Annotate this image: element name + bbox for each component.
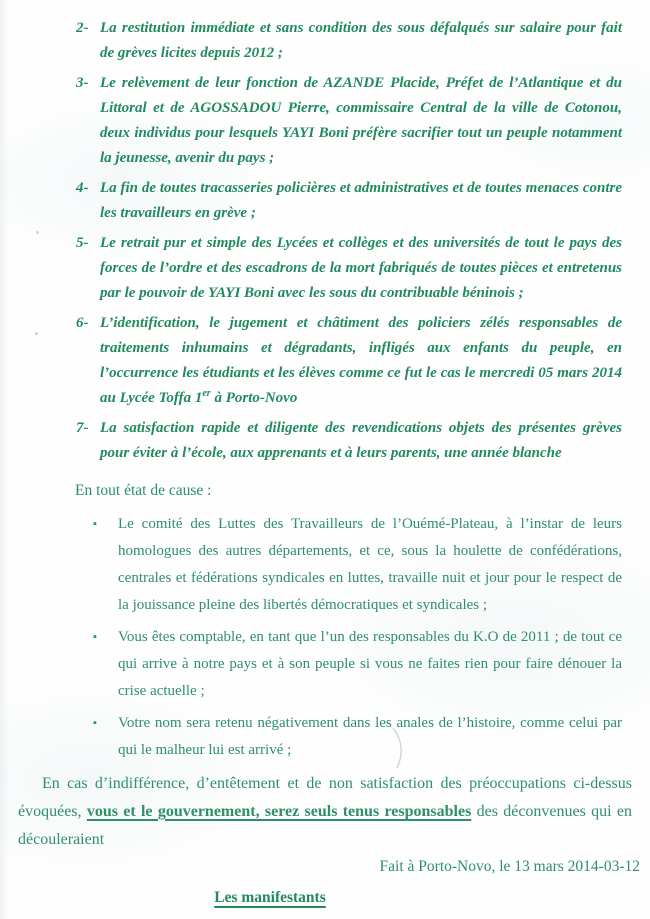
demand-item-7: 7- La satisfaction rapide et diligente d… <box>76 416 622 466</box>
bullet-marker: ▪ <box>93 624 118 705</box>
ordinal-superscript: er <box>202 388 210 399</box>
closing-paragraph: En cas d’indifférence, d’entêtement et d… <box>18 770 632 854</box>
bullet-marker: ▪ <box>93 710 118 764</box>
demand-text: Le retrait pur et simple des Lycées et c… <box>100 231 622 306</box>
signature-text: Les manifestants <box>214 889 326 906</box>
demand-text-part: L’identification, le jugement et châtime… <box>100 315 622 406</box>
underlined-emphasis: vous et le gouvernement, serez seuls ten… <box>87 803 471 820</box>
bullet-text: Vous êtes comptable, en tant que l’un de… <box>118 624 622 705</box>
demand-number: 5- <box>76 231 100 306</box>
demand-text: Le relèvement de leur fonction de AZANDE… <box>100 71 622 171</box>
demand-number: 4- <box>76 176 100 226</box>
section-lead-in: En tout état de cause : <box>75 478 622 503</box>
demand-item-2: 2- La restitution immédiate et sans cond… <box>76 16 622 66</box>
demand-item-6: 6- L’identification, le jugement et chât… <box>76 311 622 411</box>
demand-text-part: à Porto-Novo <box>211 390 298 406</box>
bullet-list: ▪ Le comité des Luttes des Travailleurs … <box>0 511 650 764</box>
dateline: Fait à Porto-Novo, le 13 mars 2014-03-12 <box>0 856 640 878</box>
demand-number: 6- <box>76 311 100 411</box>
bullet-item: ▪ Votre nom sera retenu négativement dan… <box>93 710 622 764</box>
demand-item-4: 4- La fin de toutes tracasseries policiè… <box>76 176 622 226</box>
signature-line: Les manifestants <box>0 886 540 910</box>
demand-text: La satisfaction rapide et diligente des … <box>100 416 622 466</box>
demand-number: 2- <box>76 16 100 66</box>
bullet-text: Le comité des Luttes des Travailleurs de… <box>118 511 622 619</box>
bullet-item: ▪ Le comité des Luttes des Travailleurs … <box>93 511 622 619</box>
demands-list: 2- La restitution immédiate et sans cond… <box>0 16 650 466</box>
demand-item-3: 3- Le relèvement de leur fonction de AZA… <box>76 71 622 171</box>
demand-text: L’identification, le jugement et châtime… <box>100 311 622 411</box>
bullet-item: ▪ Vous êtes comptable, en tant que l’un … <box>93 624 622 705</box>
scan-speck <box>36 231 39 234</box>
demand-number: 7- <box>76 416 100 466</box>
bullet-text: Votre nom sera retenu négativement dans … <box>118 710 622 764</box>
demand-item-5: 5- Le retrait pur et simple des Lycées e… <box>76 231 622 306</box>
demand-text: La fin de toutes tracasseries policières… <box>100 176 622 226</box>
bullet-marker: ▪ <box>93 511 118 619</box>
demand-number: 3- <box>76 71 100 171</box>
scan-speck <box>35 332 38 335</box>
scanned-document-page: 2- La restitution immédiate et sans cond… <box>0 0 650 919</box>
demand-text: La restitution immédiate et sans conditi… <box>100 16 622 66</box>
